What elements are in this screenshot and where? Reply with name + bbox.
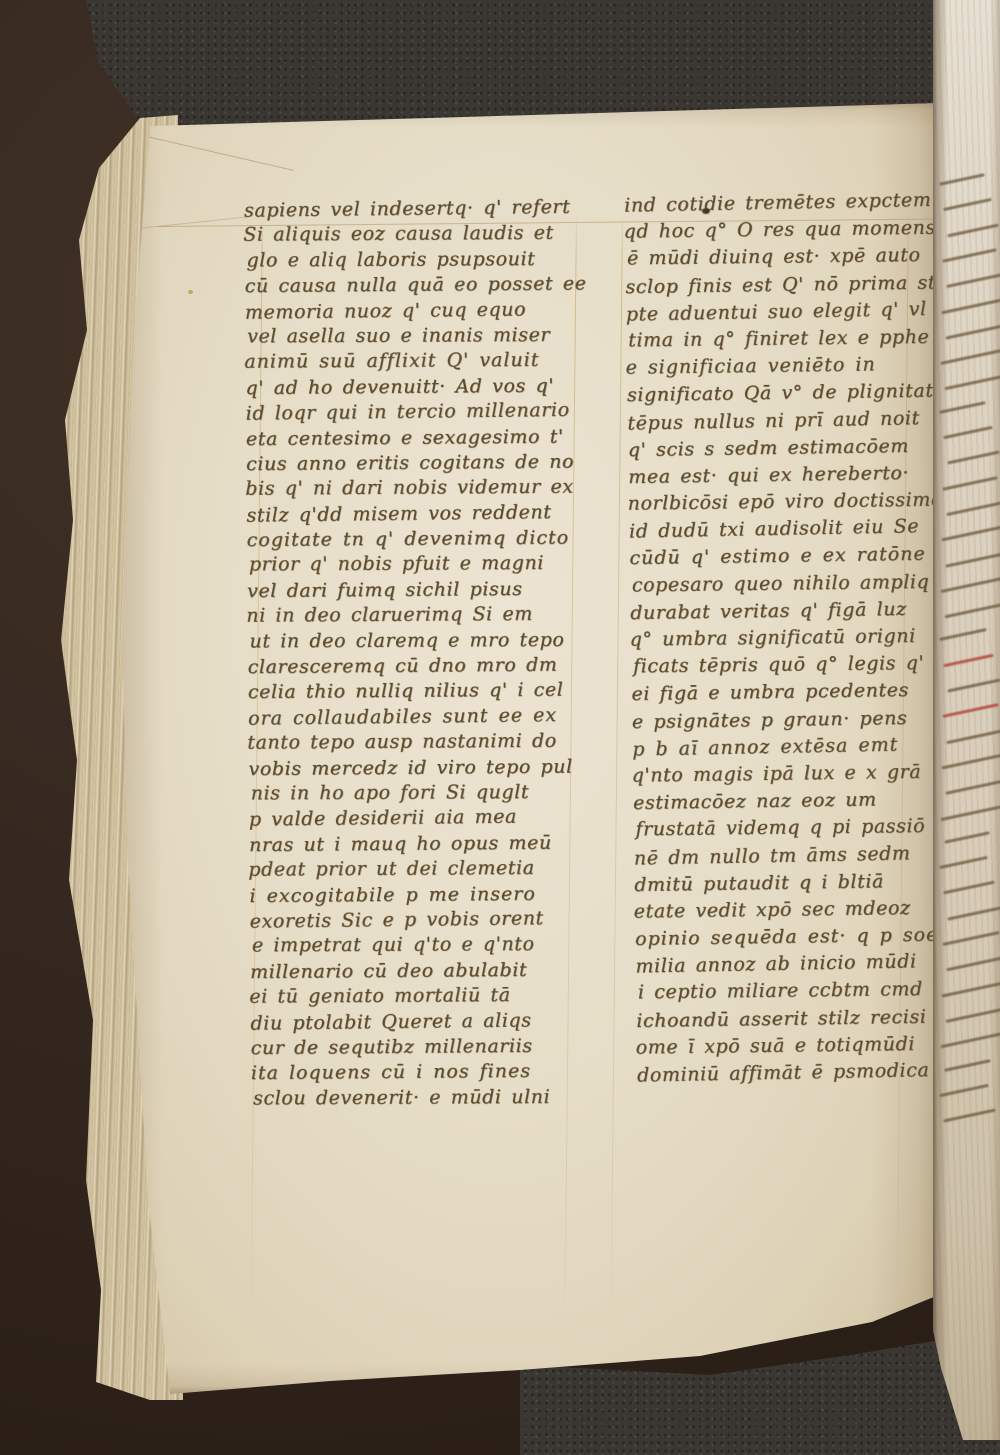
- edge-text-line: [944, 373, 1000, 390]
- edge-text-line: [939, 401, 986, 414]
- manuscript-text-line: nē dm nullo tm āms sedm: [634, 839, 958, 872]
- manuscript-text-line: q° umbra significatū origni: [629, 622, 953, 653]
- manuscript-text-line: ita loquens cū i nos fines: [251, 1058, 605, 1086]
- manuscript-text-line: ei figā e umbra pcedentes: [631, 677, 955, 709]
- crease-line: [138, 134, 294, 171]
- edge-text-line: [944, 601, 1000, 619]
- manuscript-text-line: glo e aliq laboris psupsouit: [246, 247, 600, 274]
- text-column-left: sapiens vel indesertq· q' refertSi aliqu…: [244, 195, 605, 1112]
- edge-text-line: [940, 1031, 1000, 1048]
- manuscript-text-line: vel asella suo e inanis miser: [247, 323, 601, 350]
- edge-text-line: [946, 728, 1000, 743]
- edge-text-line: [947, 451, 999, 465]
- manuscript-text-line: tanto tepo ausp nastanimi do: [247, 729, 601, 757]
- manuscript-text-line: dominiū affimāt ē psmodica: [637, 1056, 961, 1089]
- edge-text-line: [941, 981, 1000, 997]
- manuscript-text-line: e impetrat qui q'to e q'nto: [252, 932, 606, 959]
- manuscript-text-line: tēpus nullus ni prī aud noit: [627, 404, 951, 437]
- manuscript-text-line: animū suū afflixit Q' valuit: [244, 348, 598, 376]
- parchment-page: sapiens vel indesertq· q' refertSi aliqu…: [118, 100, 950, 1398]
- manuscript-text-line: nras ut i mauq ho opus meū: [249, 830, 603, 858]
- manuscript-text-line: vel dari fuimq sichil pisus: [247, 576, 601, 604]
- manuscript-text-line: i excogitabile p me insero: [249, 881, 603, 909]
- manuscript-text-line: cogitate tn q' devenimq dicto: [247, 525, 601, 553]
- manuscript-photo: sapiens vel indesertq· q' refertSi aliqu…: [0, 0, 1000, 1455]
- manuscript-text-line: cūdū q' estimo e ex ratōne: [629, 541, 953, 573]
- edge-text-line: [939, 1084, 989, 1097]
- edge-text-line: [940, 576, 1000, 593]
- edge-text-line: [943, 881, 994, 895]
- manuscript-text-line: copesaro queo nihilo ampliq: [632, 568, 956, 599]
- edge-text-line: [943, 426, 993, 439]
- edge-rubric-line: [943, 653, 994, 667]
- edge-text-line: [944, 1059, 991, 1072]
- edge-text-line: [946, 501, 1000, 516]
- text-column-right: ind cotidie tremētes expctemqqd hoc q° O…: [624, 187, 961, 1089]
- edge-text-line: [945, 323, 1000, 339]
- manuscript-text-line: millenario cū deo abulabit: [250, 957, 604, 985]
- edge-text-line: [942, 931, 999, 946]
- manuscript-text-line: ni in deo claruerimq Si em: [246, 602, 600, 630]
- manuscript-text-line: sclou devenerit· e mūdi ulni: [253, 1084, 607, 1111]
- manuscript-text-line: claresceremq cū dno mro dm: [248, 652, 602, 680]
- edge-text-line: [947, 906, 1000, 920]
- manuscript-text-line: exoretis Sic e p vobis orent: [250, 905, 604, 935]
- manuscript-text-line: frustatā videmq q pi passiō: [635, 813, 959, 844]
- edge-text-line: [940, 348, 1000, 365]
- manuscript-text-line: cius anno eritis cogitans de no: [246, 449, 600, 477]
- manuscript-text-line: sapiens vel indesertq· q' refert: [244, 195, 598, 225]
- edge-text-line: [943, 198, 992, 211]
- manuscript-text-line: tima in q° finiret lex e pphe: [628, 324, 952, 355]
- manuscript-text-line: diu ptolabit Queret a aliqs: [250, 1007, 604, 1037]
- ink-blot: [702, 208, 710, 214]
- manuscript-text-line: id loqr qui in tercio millenario: [246, 398, 600, 428]
- manuscript-text-line: stilz q'dd misem vos reddent: [246, 499, 600, 529]
- manuscript-text-line: ichoandū asserit stilz recisi: [636, 1003, 960, 1035]
- edge-text-line: [939, 856, 988, 869]
- facing-page-edge: [933, 0, 1000, 1440]
- edge-text-line: [945, 551, 1000, 567]
- edge-text-lines: [933, 0, 1000, 1440]
- edge-text-line: [940, 803, 1000, 820]
- edge-rubric-line: [942, 703, 998, 718]
- edge-text-line: [945, 1006, 1000, 1023]
- edge-text-line: [942, 248, 996, 262]
- manuscript-text-line: ora collaudabiles sunt ee ex: [248, 702, 602, 732]
- edge-text-line: [941, 753, 1000, 769]
- edge-text-line: [939, 173, 985, 185]
- manuscript-text-line: bis q' ni dari nobis videmur ex: [245, 475, 599, 503]
- manuscript-text-line: ē mūdi diuinq est· xpē auto: [627, 242, 951, 273]
- manuscript-text-line: celia thio nulliq nilius q' i cel: [248, 678, 602, 706]
- manuscript-text-line: q' ad ho devenuitt· Ad vos q': [245, 373, 599, 401]
- manuscript-text-line: nis in ho apo fori Si quglt: [251, 780, 605, 807]
- ruling-vertical-right-outer: [610, 212, 623, 1352]
- manuscript-text-line: q'nto magis ipā lux e x grā: [631, 758, 955, 789]
- edge-text-line: [942, 476, 997, 491]
- manuscript-text-line: vobis mercedz id viro tepo pul: [248, 754, 602, 782]
- edge-text-line: [941, 298, 1000, 314]
- manuscript-text-line: p valde desiderii aia mea: [249, 804, 603, 834]
- edge-text-line: [946, 273, 1000, 288]
- manuscript-text-line: prior q' nobis pfuit e magni: [249, 551, 603, 578]
- manuscript-text-line: e significiaa veniēto in: [625, 351, 949, 382]
- edge-text-line: [946, 956, 1000, 972]
- edge-text-line: [944, 831, 990, 843]
- edge-text-line: [945, 778, 1000, 795]
- edge-text-line: [941, 526, 1000, 542]
- manuscript-text-line: i ceptio miliare ccbtm cmd: [638, 976, 962, 1007]
- manuscript-text-line: pdeat prior ut dei clemetia: [248, 856, 602, 884]
- stain-speck: [188, 290, 193, 294]
- manuscript-text-line: memoria nuoz q' cuq equo: [245, 296, 599, 326]
- manuscript-text-line: cū causa nulla quā eo posset ee: [245, 271, 599, 299]
- edge-text-line: [939, 628, 987, 641]
- manuscript-text-line: etate vedit xpō sec mdeoz: [634, 894, 958, 925]
- manuscript-text-line: cur de sequtibz millenariis: [251, 1033, 605, 1061]
- manuscript-text-line: ei tū geniato mortaliū tā: [249, 983, 603, 1011]
- manuscript-text-line: Si aliquis eoz causa laudis et: [243, 221, 597, 249]
- edge-text-line: [947, 678, 1000, 692]
- manuscript-text-line: ficats tēpris quō q° legis q': [633, 650, 957, 681]
- edge-text-line: [943, 1109, 995, 1123]
- manuscript-text-line: eta centesimo e sexagesimo t': [246, 424, 600, 452]
- manuscript-text-line: ut in deo claremq e mro tepo: [249, 627, 603, 654]
- edge-text-line: [947, 223, 998, 237]
